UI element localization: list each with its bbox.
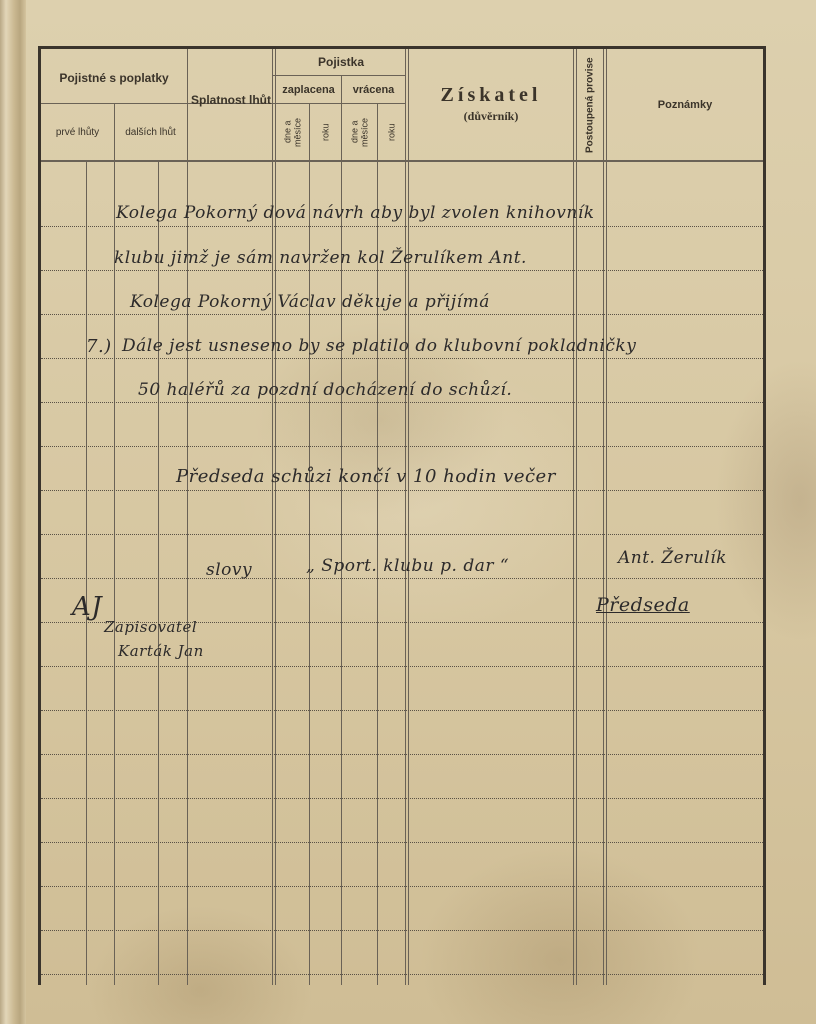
row-rule <box>41 974 763 975</box>
row-rule <box>41 270 763 271</box>
handwritten-line-4: Dále jest usneseno by se platilo do klub… <box>122 336 636 356</box>
header-sub-rule-zaplacena <box>273 103 406 104</box>
header-prve-lhuty: prvé lhůty <box>41 106 114 158</box>
row-rule <box>41 534 763 535</box>
column-divider <box>86 162 87 985</box>
signature-mark-left: AJ <box>72 592 102 622</box>
header-vracena: vrácena <box>342 77 405 102</box>
header-dne-mesice-1: dne a měsíce <box>276 106 309 158</box>
column-divider <box>114 103 115 985</box>
header-poznamky: Poznámky <box>607 90 763 120</box>
header-dne-mesice-2: dne a měsíce <box>342 106 377 158</box>
item-number: 7.) <box>86 336 112 357</box>
signature-role-right: Předseda <box>596 594 690 616</box>
row-rule <box>41 446 763 447</box>
header-sub-rule-pojistka <box>273 75 406 76</box>
column-divider <box>377 103 378 985</box>
header-pojistka: Pojistka <box>276 50 406 74</box>
handwritten-line-5: 50 haléřů za pozdní docházení do schůzí. <box>138 380 512 400</box>
header-ziskatel: Získatel <box>409 82 573 108</box>
header-roku-1: roku <box>310 106 341 158</box>
header-roku-2: roku <box>378 106 405 158</box>
row-rule <box>41 754 763 755</box>
row-rule <box>41 886 763 887</box>
row-rule <box>41 798 763 799</box>
handwritten-line-1: Kolega Pokorný dová návrh aby byl zvolen… <box>116 203 595 223</box>
row-rule <box>41 578 763 579</box>
header-postoupena-provise: Postoupená provise <box>577 52 603 158</box>
header-splatnost: Splatnost lhůt <box>190 70 272 130</box>
handwritten-slovy: slovy <box>206 560 252 580</box>
handwritten-line-3: Kolega Pokorný Václav děkuje a přijímá <box>130 292 490 312</box>
ledger-table-frame <box>38 46 766 985</box>
row-rule <box>41 226 763 227</box>
column-divider <box>272 49 276 985</box>
row-rule <box>41 358 763 359</box>
row-rule <box>41 314 763 315</box>
column-divider <box>309 103 310 985</box>
signature-name-right: Ant. Žerulík <box>618 548 727 568</box>
header-bottom-rule <box>41 160 763 162</box>
header-zaplacena: zaplacena <box>276 77 341 102</box>
column-divider <box>573 49 577 985</box>
header-duvernik: (důvěrník) <box>409 108 573 124</box>
row-rule <box>41 930 763 931</box>
column-divider <box>187 49 188 985</box>
book-binding <box>0 0 26 1024</box>
row-rule <box>41 842 763 843</box>
signature-role-left: Zapisovatel <box>104 618 197 636</box>
column-divider <box>603 49 607 985</box>
signature-name-left: Karták Jan <box>118 642 204 660</box>
handwritten-quote: „ Sport. klubu p. dar “ <box>306 556 509 576</box>
row-rule <box>41 490 763 491</box>
column-divider <box>158 162 159 985</box>
header-pojistne: Pojistné s poplatky <box>41 55 187 100</box>
handwritten-line-6: Předseda schůzi končí v 10 hodin večer <box>176 466 556 487</box>
row-rule <box>41 666 763 667</box>
column-divider <box>405 49 409 985</box>
handwritten-line-2: klubu jimž je sám navržen kol Žerulíkem … <box>114 248 527 268</box>
header-dalsich-lhut: dalších lhůt <box>114 106 187 158</box>
row-rule <box>41 710 763 711</box>
row-rule <box>41 402 763 403</box>
